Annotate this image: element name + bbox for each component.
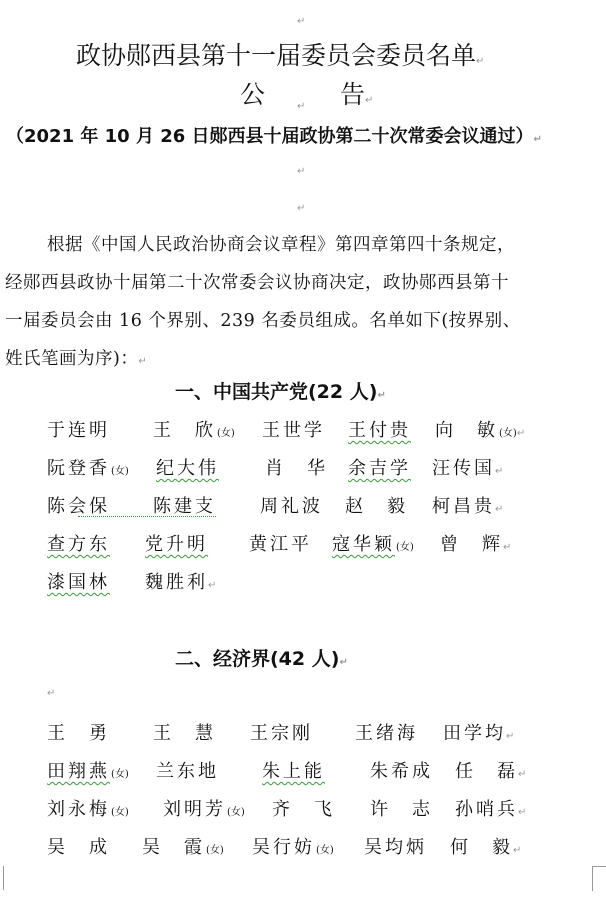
document-title: 政协郧西县第十一届委员会委员名单↵ (76, 36, 484, 72)
member-name: 王付贵 (348, 416, 411, 442)
member-name-text: 刘明芳 (163, 799, 226, 820)
paragraph-mark: ↵ (47, 688, 55, 699)
female-marker: (女) (111, 769, 129, 780)
title-text: 政协郧西县第十一届委员会委员名单 (76, 41, 476, 70)
member-name: 查方东 (47, 530, 110, 556)
member-name-text: 王 欣 (153, 420, 216, 441)
member-name: 党升明 (145, 530, 208, 556)
member-name-text: 柯昌贵 (432, 496, 495, 517)
member-name: 王绪海 (355, 719, 418, 745)
member-name: 王宗刚 (250, 719, 313, 745)
paragraph-mark: ↵ (138, 356, 147, 367)
member-name-text: 魏胜利 (145, 572, 208, 593)
paragraph-mark: ↵ (297, 203, 305, 214)
member-name: 朱上能 (262, 757, 325, 783)
page-margin-corner-right (592, 866, 606, 891)
member-name: 阮登香(女) (47, 454, 129, 480)
paragraph-mark: ↵ (513, 845, 524, 856)
member-name: 周礼波 (260, 492, 323, 518)
intro-line-1: 根据《中国人民政治协商会议章程》第四章第四十条规定， (47, 226, 515, 264)
member-name: 刘永梅(女) (47, 795, 129, 821)
member-name: 吴 成 (47, 833, 110, 859)
member-name: 王 慧 (153, 719, 216, 745)
paragraph-mark: ↵ (495, 504, 506, 515)
paragraph-mark: ↵ (476, 56, 484, 67)
member-name: 汪传国↵ (432, 454, 506, 480)
paragraph-mark: ↵ (534, 134, 542, 145)
member-name-text: 任 磊 (455, 761, 518, 782)
member-name: 漆国林 (47, 568, 110, 594)
female-marker: (女) (206, 845, 224, 856)
member-name: 魏胜利↵ (145, 568, 219, 594)
section-heading-cpc: 一、中国共产党(22 人)↵ (175, 377, 386, 404)
paragraph-mark: ↵ (297, 16, 305, 27)
paragraph-mark: ↵ (518, 769, 529, 780)
member-name: 曾 辉↵ (440, 530, 514, 556)
member-name: 孙哨兵↵ (455, 795, 529, 821)
female-marker: (女) (111, 807, 129, 818)
member-name: 田学均↵ (443, 719, 517, 745)
member-name-text: 寇华颖 (332, 534, 395, 555)
member-name: 王 欣(女) (153, 416, 235, 442)
member-name: 王世学 (262, 416, 325, 442)
section-heading-text: 一、中国共产党(22 人) (175, 381, 377, 403)
section-heading-text: 二、经济界(42 人) (175, 648, 339, 670)
paragraph-mark: ↵ (518, 807, 529, 818)
paragraph-mark: ↵ (506, 731, 517, 742)
member-name: 黄江平 (249, 530, 312, 556)
member-name-text: 吴 霞 (142, 837, 205, 858)
member-name: 何 毅↵ (450, 833, 524, 859)
paragraph-mark: ↵ (377, 390, 385, 401)
document-subtitle: （2021 年 10 月 26 日郧西县十届政协第二十次常委会议通过）↵ (6, 122, 542, 148)
member-name: 肖 华 (265, 454, 328, 480)
member-name: 吴 霞(女) (142, 833, 224, 859)
female-marker: (女) (396, 542, 414, 553)
intro-line-2: 经郧西县政协十届第二十次常委会议协商决定，政协郧西县第十 (5, 264, 509, 302)
member-name: 柯昌贵↵ (432, 492, 506, 518)
member-name: 向 敏(女)↵ (435, 416, 528, 442)
intro-line-4: 姓氏笔画为序)：↵ (5, 340, 147, 381)
female-marker: (女) (111, 466, 129, 477)
member-name: 兰东地 (156, 757, 219, 783)
paragraph-mark: ↵ (208, 580, 219, 591)
member-name-text: 孙哨兵 (455, 799, 518, 820)
intro-line-3: 一届委员会由 16 个界别、239 名委员组成。名单如下(按界别、 (5, 302, 521, 340)
member-name: 朱希成 (370, 757, 433, 783)
page-margin-corner-left (0, 866, 4, 890)
member-name: 吴行妨(女) (252, 833, 334, 859)
announcement-heading: 公 告↵ (240, 75, 373, 111)
member-name: 许 志 (370, 795, 433, 821)
member-name: 齐 飞 (272, 795, 335, 821)
member-name: 王 勇 (47, 719, 110, 745)
member-name: 于连明 (47, 416, 110, 442)
member-name-text: 曾 辉 (440, 534, 503, 555)
intro-line-4-text: 姓氏笔画为序)： (5, 349, 138, 369)
member-name-text: 向 敏 (435, 420, 498, 441)
member-name: 寇华颖(女) (332, 530, 414, 556)
female-marker: (女) (227, 807, 245, 818)
paragraph-mark: ↵ (517, 428, 528, 439)
member-name-text: 何 毅 (450, 837, 513, 858)
member-name-text: 田翔燕 (47, 761, 110, 782)
member-name: 田翔燕(女) (47, 757, 129, 783)
female-marker: (女) (499, 428, 517, 439)
section-heading-economy: 二、经济界(42 人)↵ (175, 644, 348, 671)
paragraph-mark: ↵ (503, 542, 514, 553)
female-marker: (女) (217, 428, 235, 439)
member-name-text: 阮登香 (47, 458, 110, 479)
member-name-text: 汪传国 (432, 458, 495, 479)
paragraph-mark: ↵ (297, 166, 305, 177)
subtitle-text: （2021 年 10 月 26 日郧西县十届政协第二十次常委会议通过） (6, 126, 534, 147)
female-marker: (女) (316, 845, 334, 856)
member-name: 赵 毅 (345, 492, 408, 518)
member-name: 刘明芳(女) (163, 795, 245, 821)
member-name: 吴均炳 (364, 833, 427, 859)
member-name-text: 刘永梅 (47, 799, 110, 820)
member-name-text: 吴行妨 (252, 837, 315, 858)
member-name-text: 田学均 (443, 723, 506, 744)
member-name-text: 王世学 (262, 420, 325, 441)
member-name: 纪大伟 (156, 454, 219, 480)
paragraph-mark: ↵ (365, 95, 373, 106)
member-name: 任 磊↵ (455, 757, 529, 783)
paragraph-mark: ↵ (339, 657, 347, 668)
paragraph-mark: ↵ (297, 101, 305, 112)
member-name: 余吉学 (348, 454, 411, 480)
member-name: 陈建支 (153, 492, 216, 518)
paragraph-mark: ↵ (495, 466, 506, 477)
